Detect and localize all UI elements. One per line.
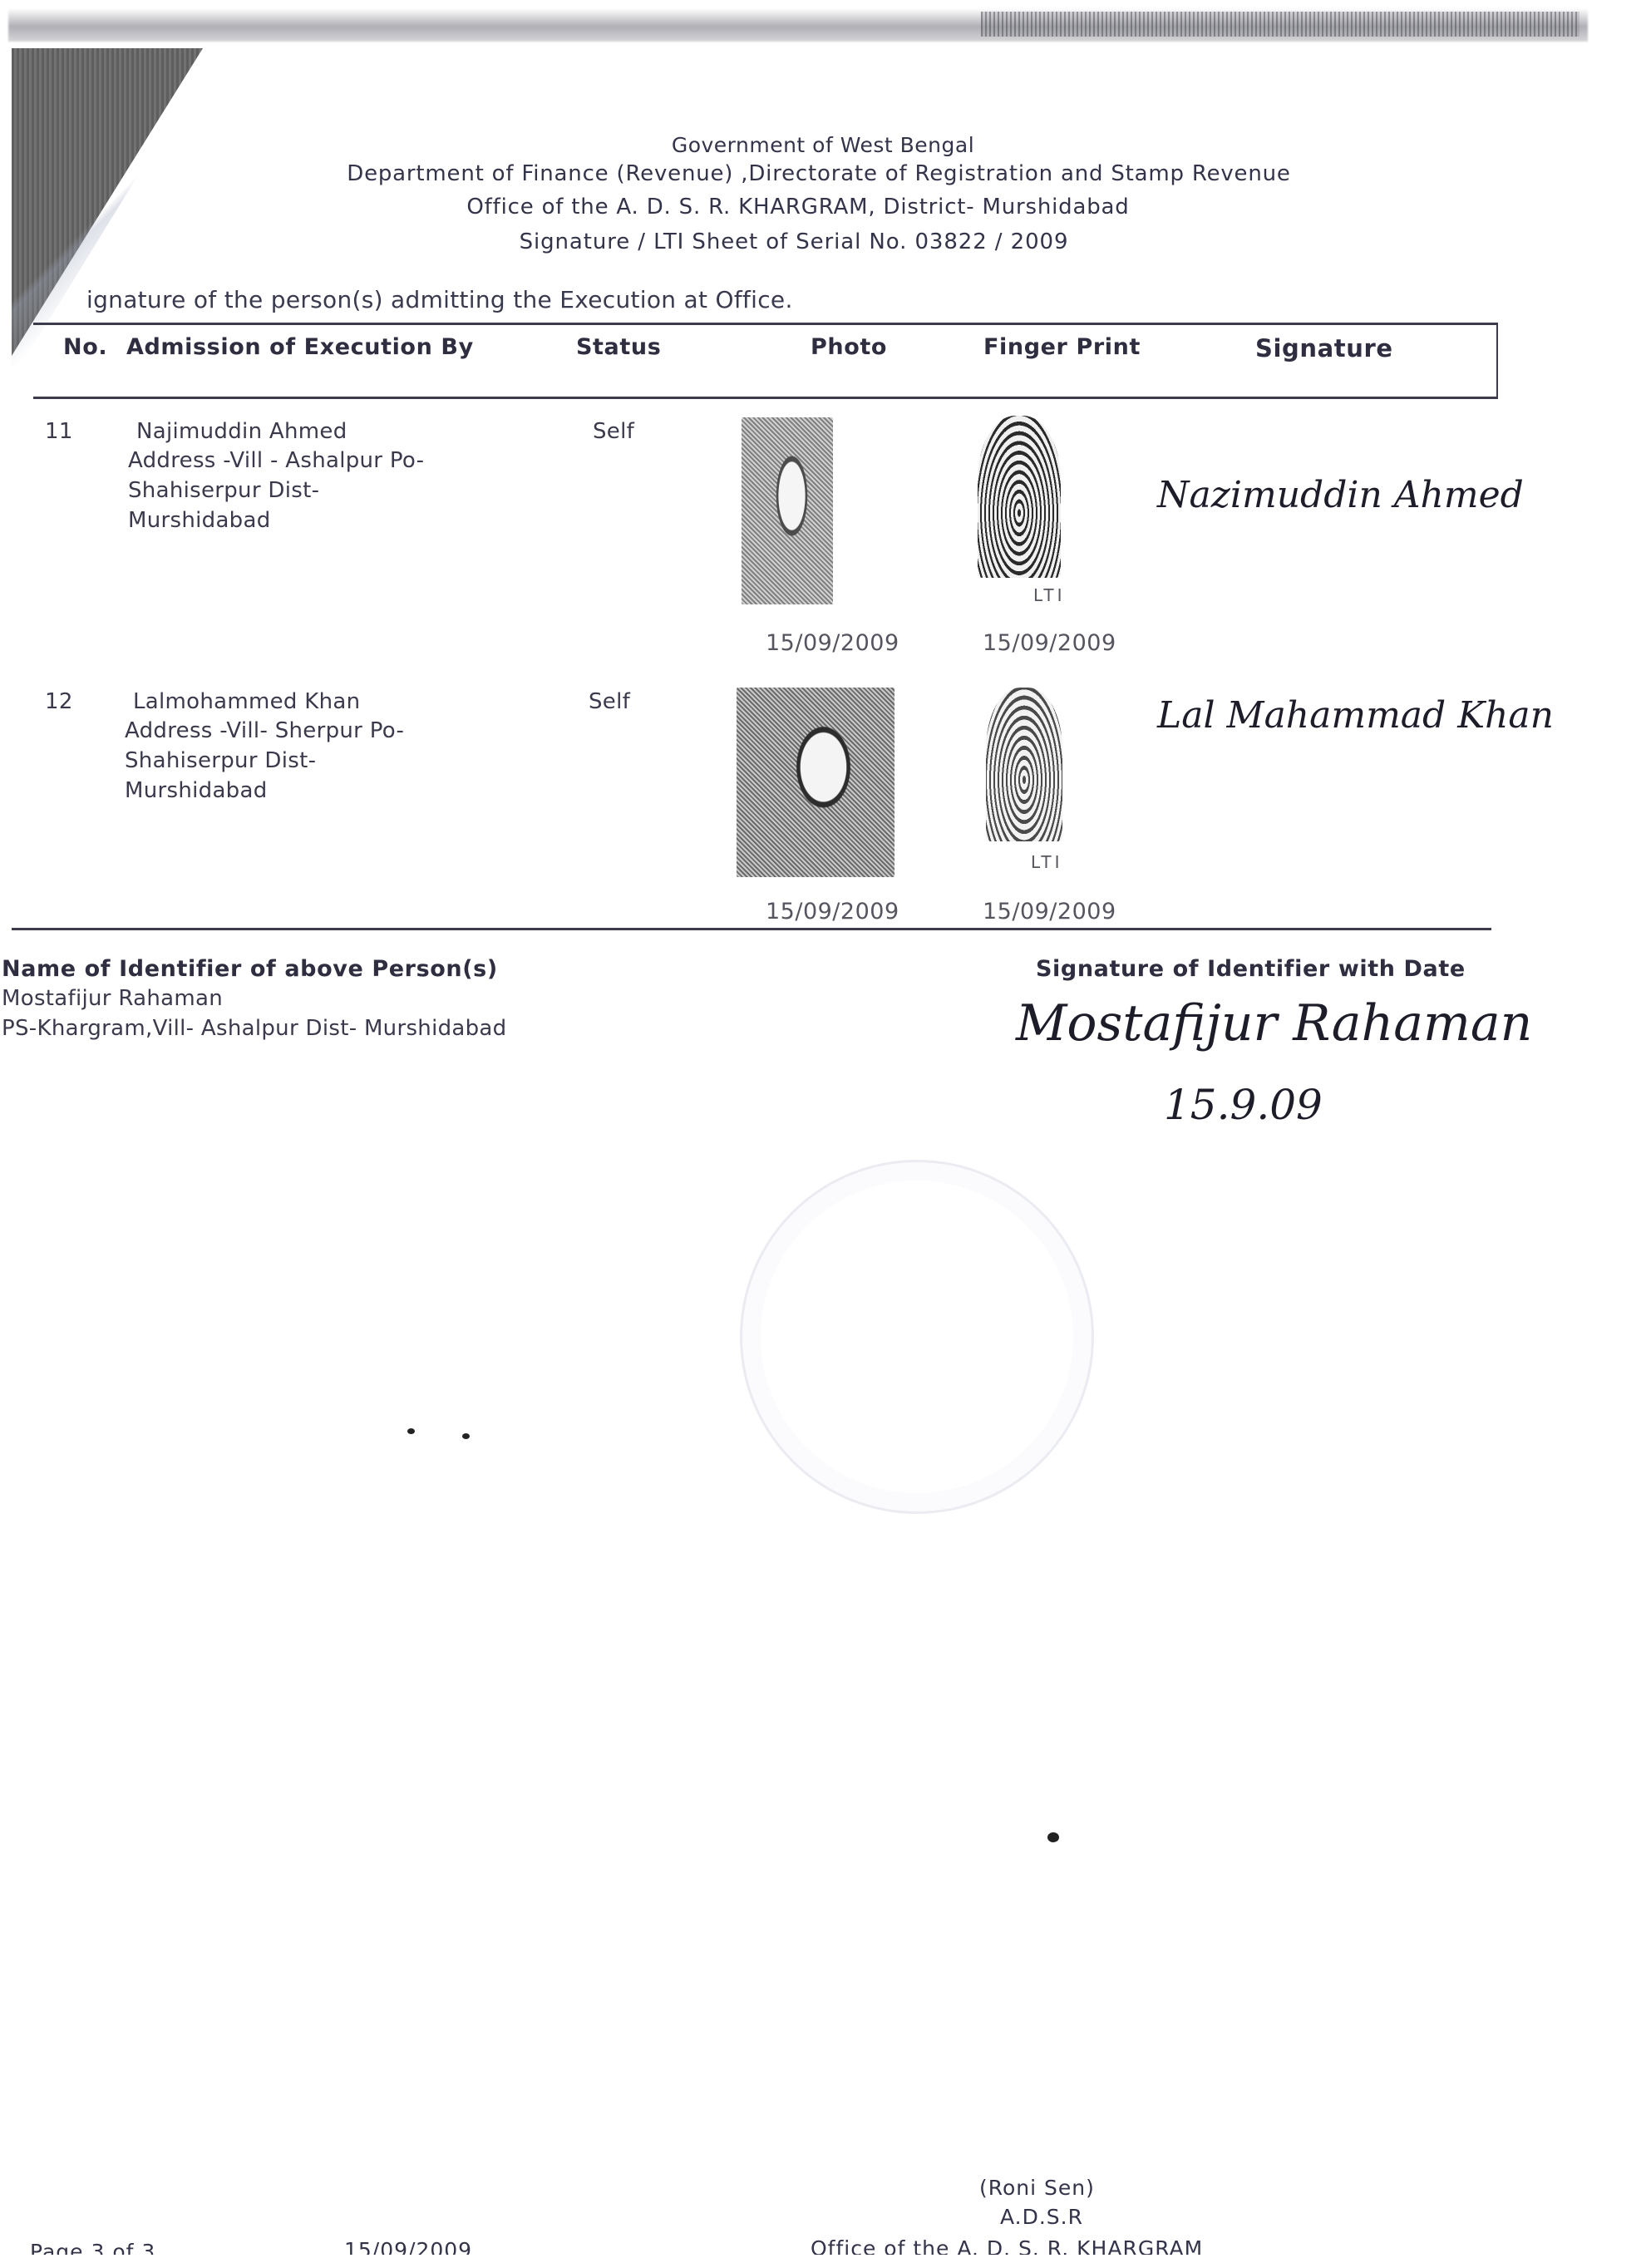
footer-office: Office of the A. D. S. R. KHARGRAM [811,2236,1203,2255]
fingerprint-date: 15/09/2009 [983,899,1116,924]
address-line: Shahiserpur Dist- [128,476,424,505]
fingerprint-image [978,416,1061,578]
scan-speck [1047,1832,1059,1842]
identifier-signature: Mostafijur Rahaman [1016,994,1532,1053]
person-signature: Lal Mahammad Khan [1157,694,1554,737]
office-title: Office of the A. D. S. R. KHARGRAM, Dist… [0,195,1521,219]
person-signature: Nazimuddin Ahmed [1157,474,1524,516]
person-name: Lalmohammed Khan [133,689,360,714]
identifier-signature-date: 15.9.09 [1164,1081,1323,1129]
status-value: Self [589,689,630,714]
scan-speck [462,1433,470,1439]
column-header-signature: Signature [1255,334,1393,362]
address-line: Murshidabad [128,505,424,535]
office-seal-stamp [740,1160,1094,1514]
scan-speck [407,1428,415,1434]
footer-date: 15/09/2009 [344,2238,472,2255]
status-value: Self [593,419,634,444]
page-number: Page 3 of 3 [30,2240,155,2255]
photo-date: 15/09/2009 [766,630,899,656]
row-number: 11 [45,419,73,444]
section-intro: ignature of the person(s) admitting the … [86,286,793,313]
identifier-signature-title: Signature of Identifier with Date [1036,956,1466,982]
column-header-no: No. [63,334,107,360]
table-row: 11 Najimuddin Ahmed Address -Vill - Asha… [0,407,1646,673]
officer-name: (Roni Sen) [979,2176,1095,2200]
address-line: Murshidabad [125,776,404,806]
fingerprint-date: 15/09/2009 [983,630,1116,656]
identifier-address: PS-Khargram,Vill- Ashalpur Dist- Murshid… [2,1016,506,1041]
department-title: Department of Finance (Revenue) ,Directo… [0,161,1530,186]
address-line: Shahiserpur Dist- [125,746,404,776]
person-photo [742,417,833,604]
table-row: 12 Lalmohammed Khan Address -Vill- Sherp… [0,678,1646,935]
identifier-name: Mostafijur Rahaman [2,986,223,1011]
fingerprint-image [986,688,1062,841]
government-title: Government of West Bengal [0,133,1646,157]
photo-date: 15/09/2009 [766,899,899,924]
person-photo [737,688,894,877]
column-header-finger-print: Finger Print [983,334,1141,360]
sheet-title: Signature / LTI Sheet of Serial No. 0382… [0,229,1521,254]
identifier-title: Name of Identifier of above Person(s) [2,956,498,982]
fingerprint-label: LTI [1031,852,1063,872]
scan-edge-noise [981,12,1579,37]
address-line: Address -Vill - Ashalpur Po- [128,446,424,476]
table-bottom-rule [12,928,1491,930]
person-address: Address -Vill- Sherpur Po- Shahiserpur D… [125,716,404,806]
fingerprint-label: LTI [1033,585,1066,605]
person-name: Najimuddin Ahmed [136,419,347,444]
column-header-admission: Admission of Execution By [126,334,474,360]
column-header-status: Status [576,334,661,360]
officer-title: A.D.S.R [1000,2205,1083,2229]
row-number: 12 [45,689,73,714]
address-line: Address -Vill- Sherpur Po- [125,716,404,746]
column-header-photo: Photo [811,334,887,360]
person-address: Address -Vill - Ashalpur Po- Shahiserpur… [128,446,424,535]
